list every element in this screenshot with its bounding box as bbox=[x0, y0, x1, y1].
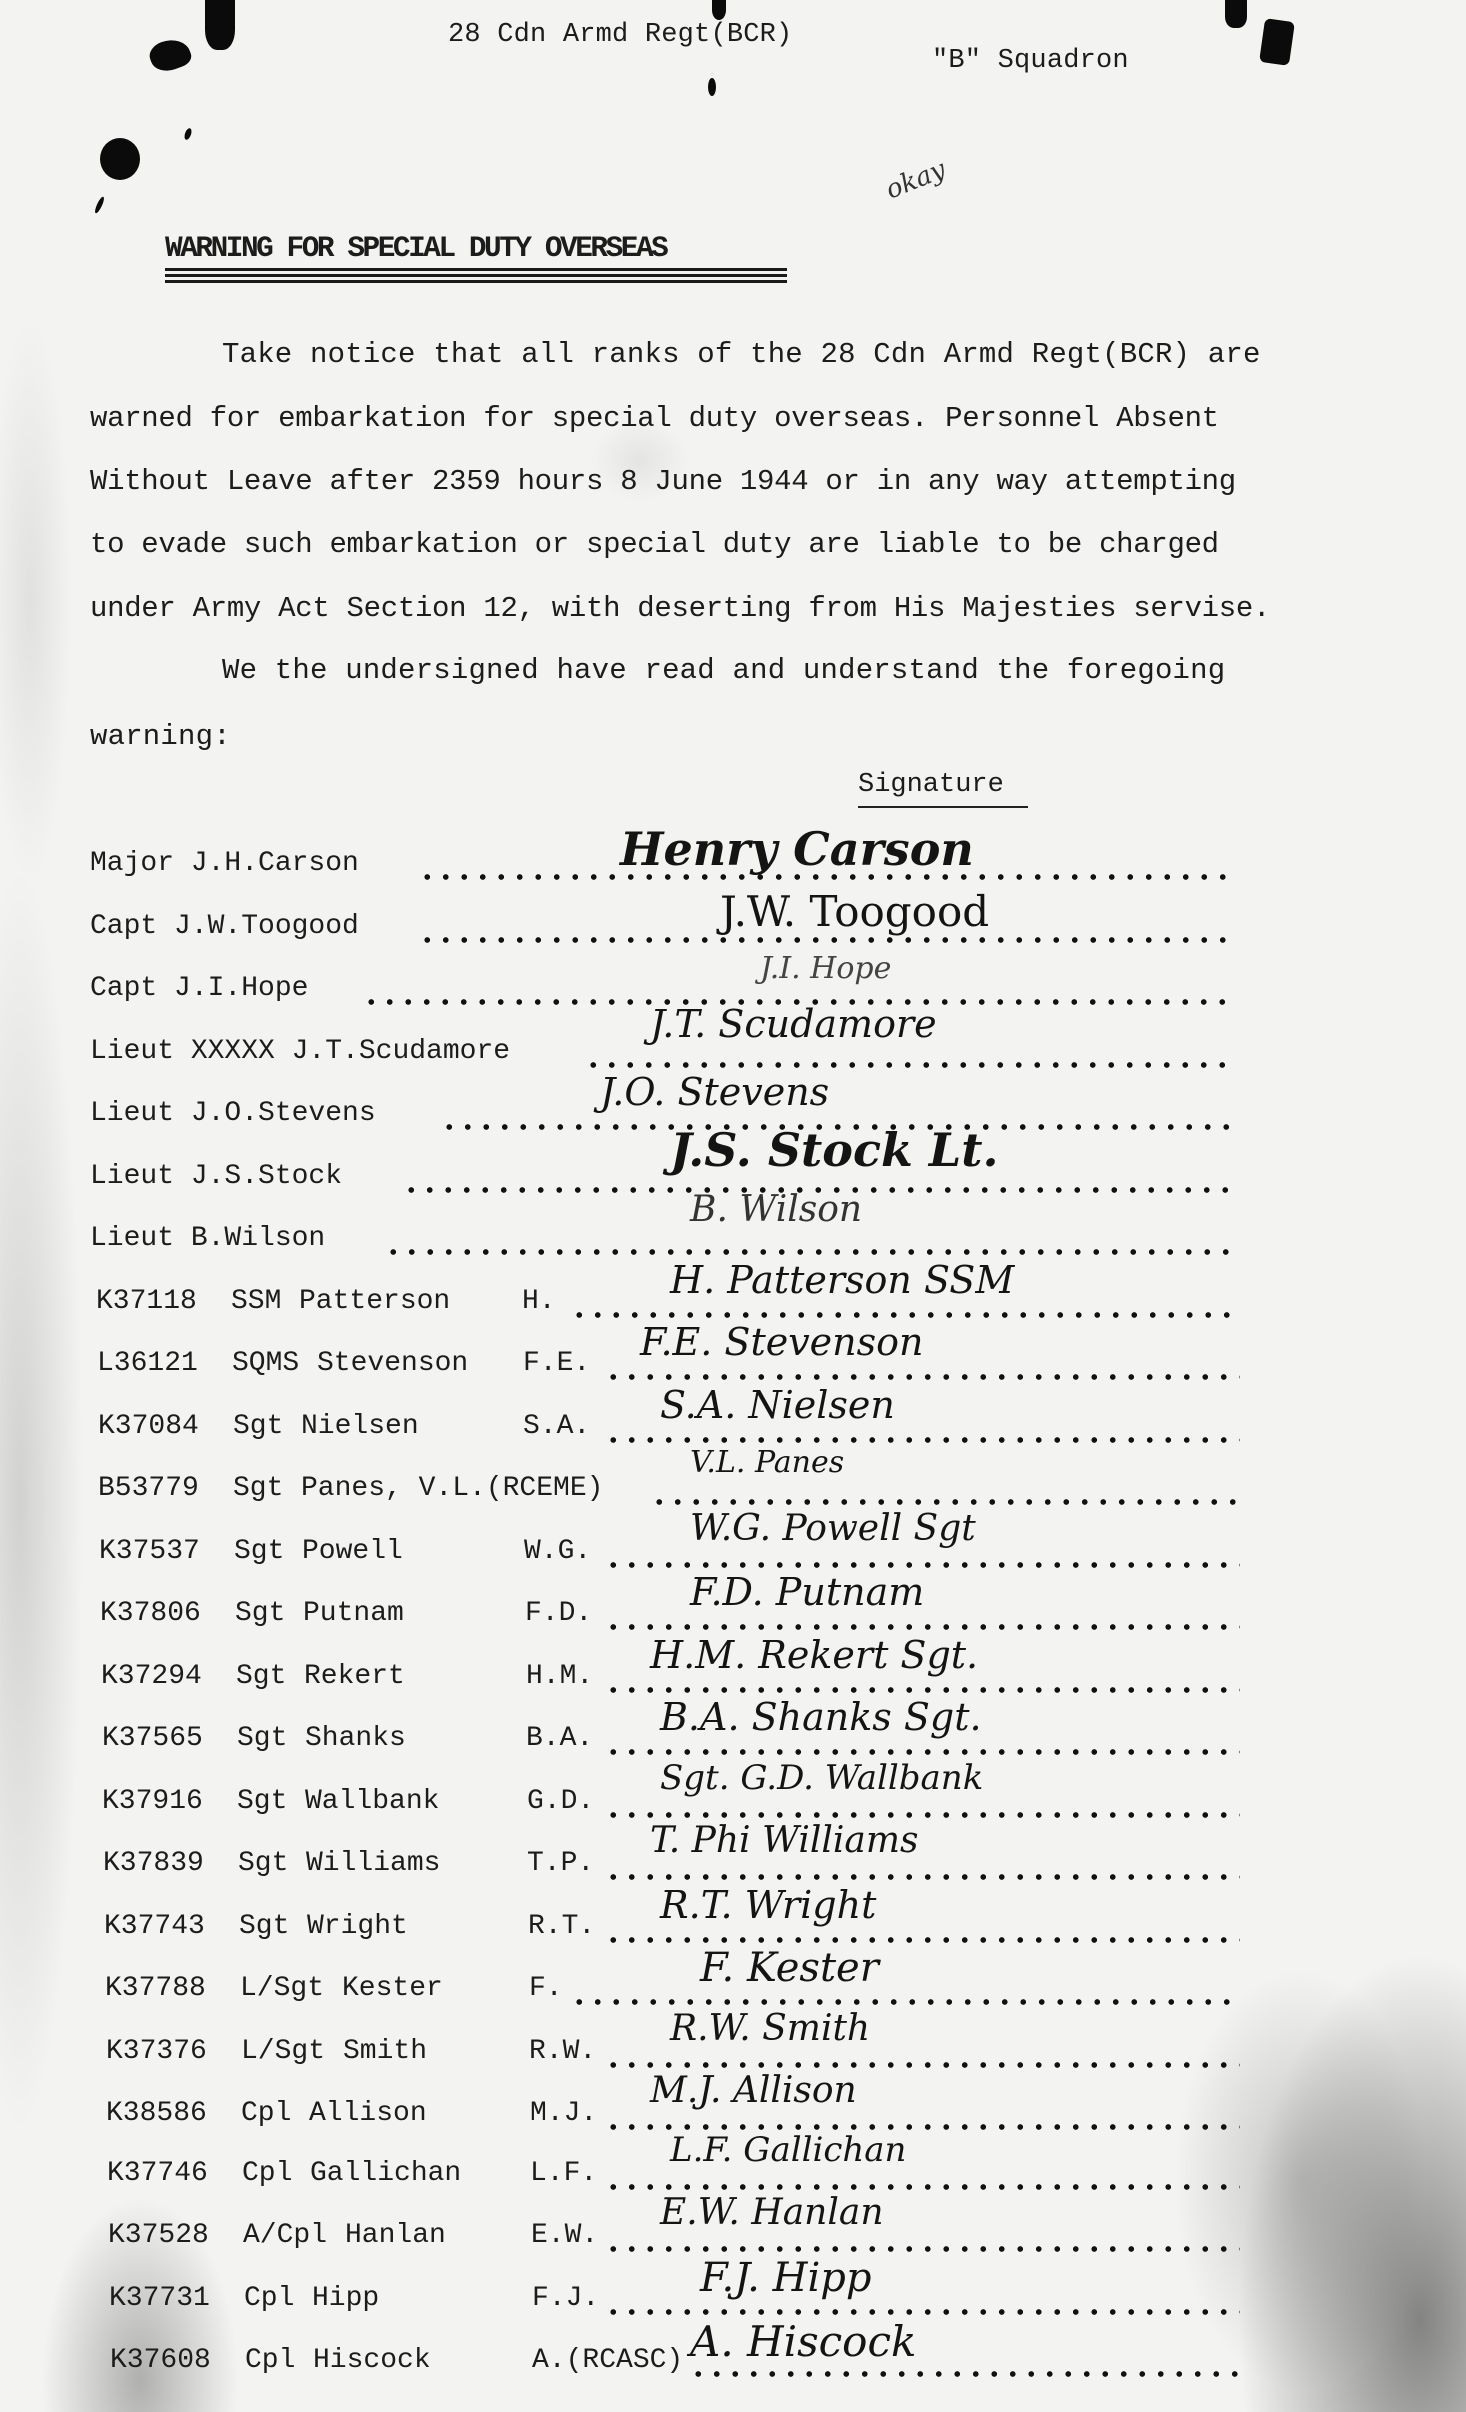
punch-hole-mark bbox=[100, 138, 140, 180]
rank: Sgt bbox=[237, 1725, 287, 1753]
initials: L.F. bbox=[530, 2160, 597, 2188]
document-page: 28 Cdn Armd Regt(BCR) "B" Squadron okay … bbox=[0, 0, 1466, 2412]
rank-name: Lieut J.S.Stock bbox=[90, 1163, 342, 1191]
binder-clip-mark bbox=[1225, 0, 1247, 28]
signature-dotted-line bbox=[570, 1999, 1240, 2005]
signature-dotted-line bbox=[650, 1499, 1240, 1505]
service-number: K37294 bbox=[101, 1663, 202, 1691]
rank: L/Sgt bbox=[240, 1975, 324, 2003]
rank-name: Major J.H.Carson bbox=[90, 850, 359, 878]
rank: Cpl bbox=[245, 2347, 295, 2375]
signature-dotted-line bbox=[604, 1812, 1240, 1818]
service-number: K37528 bbox=[108, 2222, 209, 2250]
signature: H. Patterson SSM bbox=[670, 1258, 1014, 1302]
signature: H.M. Rekert Sgt. bbox=[650, 1633, 978, 1677]
signature-dotted-line bbox=[604, 2246, 1240, 2252]
initials: M.J. bbox=[530, 2100, 597, 2128]
rank: Sgt bbox=[239, 1913, 289, 1941]
initials: S.A. bbox=[523, 1413, 590, 1441]
signature: T. Phi Williams bbox=[650, 1820, 918, 1861]
rank: SQMS bbox=[232, 1350, 299, 1378]
rank: Cpl bbox=[241, 2100, 291, 2128]
signature-dotted-line bbox=[689, 2371, 1240, 2377]
signature: E.W. Hanlan bbox=[660, 2192, 884, 2233]
surname: Williams bbox=[306, 1850, 440, 1878]
small-dot-mark bbox=[93, 196, 105, 214]
service-number: K37565 bbox=[102, 1725, 203, 1753]
surname: Kester bbox=[342, 1975, 443, 2003]
surname: Hiscock bbox=[313, 2347, 431, 2375]
service-number: K37839 bbox=[103, 1850, 204, 1878]
rank: Cpl bbox=[242, 2160, 292, 2188]
rank: Cpl bbox=[244, 2285, 294, 2313]
service-number: K38586 bbox=[106, 2100, 207, 2128]
initials: G.D. bbox=[527, 1788, 594, 1816]
rank: Sgt bbox=[235, 1600, 285, 1628]
signature: M.J. Allison bbox=[650, 2070, 857, 2111]
signature-dotted-line bbox=[384, 1249, 1230, 1255]
service-number: K37608 bbox=[110, 2347, 211, 2375]
surname: Stevenson bbox=[317, 1350, 468, 1378]
initials: F. bbox=[529, 1975, 563, 2003]
surname: Allison bbox=[309, 2100, 427, 2128]
initials: F.E. bbox=[523, 1350, 590, 1378]
signature-header-underline bbox=[858, 806, 1028, 808]
notice-line-4: to evade such embarkation or special dut… bbox=[90, 530, 1219, 559]
surname: Putnam bbox=[303, 1600, 404, 1628]
signature: R.W. Smith bbox=[670, 2008, 870, 2049]
signature-dotted-line bbox=[604, 2062, 1240, 2068]
signature: B. Wilson bbox=[690, 1189, 862, 1230]
rank: Sgt bbox=[237, 1788, 287, 1816]
signature: F.D. Putnam bbox=[690, 1570, 924, 1614]
service-number: K37916 bbox=[102, 1788, 203, 1816]
rank: L/Sgt bbox=[241, 2038, 325, 2066]
surname: Patterson bbox=[299, 1288, 450, 1316]
signature: W.G. Powell Sgt bbox=[690, 1508, 976, 1549]
rank: Sgt bbox=[233, 1413, 283, 1441]
service-number: K37788 bbox=[105, 1975, 206, 2003]
rank: Sgt bbox=[233, 1475, 283, 1503]
signature-column-header: Signature bbox=[858, 770, 1004, 800]
notice-line-2: warned for embarkation for special duty … bbox=[90, 404, 1219, 433]
signature-dotted-line bbox=[604, 1687, 1240, 1693]
rank-name: Capt J.I.Hope bbox=[90, 975, 308, 1003]
notice-line-1: Take notice that all ranks of the 28 Cdn… bbox=[222, 340, 1261, 369]
squadron-heading: "B" Squadron bbox=[932, 48, 1129, 75]
initials: R.W. bbox=[529, 2038, 596, 2066]
signature: F.J. Hipp bbox=[700, 2255, 871, 2301]
signature: J.O. Stevens bbox=[600, 1070, 829, 1114]
rank-name: Lieut XXXXX J.T.Scudamore bbox=[90, 1038, 510, 1066]
signature: R.T. Wright bbox=[660, 1883, 876, 1927]
initials: H. bbox=[522, 1288, 556, 1316]
surname: Powell bbox=[302, 1538, 403, 1566]
surname: Hanlan bbox=[345, 2222, 446, 2250]
document-title: WARNING FOR SPECIAL DUTY OVERSEAS bbox=[165, 232, 666, 266]
rank: Sgt bbox=[238, 1850, 288, 1878]
service-number: K37806 bbox=[100, 1600, 201, 1628]
ack-line-1: We the undersigned have read and underst… bbox=[222, 656, 1225, 685]
ink-streak-mark bbox=[205, 0, 235, 50]
surname: Nielsen bbox=[301, 1413, 419, 1441]
service-number: L36121 bbox=[97, 1350, 198, 1378]
surname: Shanks bbox=[305, 1725, 406, 1753]
service-number: K37084 bbox=[98, 1413, 199, 1441]
surname: Rekert bbox=[304, 1663, 405, 1691]
initials: E.W. bbox=[531, 2222, 598, 2250]
notice-line-5: under Army Act Section 12, with desertin… bbox=[90, 594, 1270, 623]
signature-dotted-line bbox=[418, 937, 1230, 943]
margin-note: okay bbox=[882, 155, 950, 206]
signature-dotted-line bbox=[604, 2309, 1240, 2315]
ink-blot-mark bbox=[146, 34, 194, 76]
signature: J.W. Toogood bbox=[720, 887, 989, 936]
binder-clip-mark bbox=[1259, 18, 1295, 66]
surname: Smith bbox=[343, 2038, 427, 2066]
signature: J.T. Scudamore bbox=[650, 1002, 937, 1046]
signature: A. Hiscock bbox=[690, 2317, 916, 2366]
initials: T.P. bbox=[527, 1850, 594, 1878]
signature: F.E. Stevenson bbox=[640, 1320, 924, 1364]
signature-dotted-line bbox=[584, 1062, 1230, 1068]
initials: A.(RCASC) bbox=[532, 2347, 683, 2375]
rank: SSM bbox=[231, 1288, 281, 1316]
signature: J.S. Stock Lt. bbox=[670, 1123, 998, 1177]
rank: A/Cpl bbox=[243, 2222, 327, 2250]
service-number: K37118 bbox=[96, 1288, 197, 1316]
roster-row: Major J.H.Carson Henry Carson bbox=[0, 850, 1466, 890]
surname: Wright bbox=[307, 1913, 408, 1941]
initials: F.D. bbox=[525, 1600, 592, 1628]
rank-name: Lieut B.Wilson bbox=[90, 1225, 325, 1253]
signature: B.A. Shanks Sgt. bbox=[660, 1695, 982, 1739]
signature: F. Kester bbox=[700, 1945, 879, 1991]
small-dot-mark bbox=[183, 127, 193, 140]
ink-dot-mark bbox=[708, 78, 716, 96]
rank-name: Capt J.W.Toogood bbox=[90, 913, 359, 941]
rank-name: Lieut J.O.Stevens bbox=[90, 1100, 376, 1128]
roster-row: K37608CplHiscockA.(RCASC)A. Hiscock bbox=[0, 2347, 1466, 2387]
surname: Hipp bbox=[312, 2285, 379, 2313]
initials: H.M. bbox=[526, 1663, 593, 1691]
rank: Sgt bbox=[234, 1538, 284, 1566]
signature: J.I. Hope bbox=[760, 951, 891, 986]
initials: F.J. bbox=[532, 2285, 599, 2313]
signature: L.F. Gallichan bbox=[670, 2130, 906, 2170]
signature-dotted-line bbox=[604, 1749, 1240, 1755]
signature-dotted-line bbox=[604, 1624, 1240, 1630]
service-number: K37731 bbox=[109, 2285, 210, 2313]
service-number: K37746 bbox=[107, 2160, 208, 2188]
roster-row: Capt J.W.Toogood J.W. Toogood bbox=[0, 913, 1466, 953]
rank: Sgt bbox=[236, 1663, 286, 1691]
signature: S.A. Nielsen bbox=[660, 1383, 895, 1427]
initials: W.G. bbox=[524, 1538, 591, 1566]
signature-dotted-line bbox=[604, 1937, 1240, 1943]
surname: Gallichan bbox=[310, 2160, 461, 2188]
service-number: K37537 bbox=[99, 1538, 200, 1566]
ack-line-2: warning: bbox=[90, 722, 231, 751]
signature: Sgt. G.D. Wallbank bbox=[660, 1758, 983, 1798]
signature-dotted-line bbox=[604, 1374, 1240, 1380]
surname: Wallbank bbox=[305, 1788, 439, 1816]
title-underline bbox=[165, 280, 787, 283]
unit-heading: 28 Cdn Armd Regt(BCR) bbox=[448, 22, 792, 49]
initials: B.A. bbox=[526, 1725, 593, 1753]
initials: R.T. bbox=[528, 1913, 595, 1941]
service-number: K37376 bbox=[106, 2038, 207, 2066]
signature-dotted-line bbox=[604, 1437, 1240, 1443]
notice-line-3: Without Leave after 2359 hours 8 June 19… bbox=[90, 467, 1236, 496]
signature: Henry Carson bbox=[620, 822, 974, 876]
title-underline bbox=[165, 274, 787, 277]
signature-dotted-line bbox=[604, 1562, 1240, 1568]
service-number: K37743 bbox=[104, 1913, 205, 1941]
signature-dotted-line bbox=[604, 2184, 1240, 2190]
ink-dot-mark bbox=[712, 0, 726, 20]
surname: Panes, V.L.(RCEME) bbox=[301, 1475, 603, 1503]
signature-dotted-line bbox=[604, 1874, 1240, 1880]
service-number: B53779 bbox=[98, 1475, 199, 1503]
signature-dotted-line bbox=[570, 1312, 1240, 1318]
signature: V.L. Panes bbox=[690, 1445, 844, 1480]
title-underline bbox=[165, 268, 787, 271]
